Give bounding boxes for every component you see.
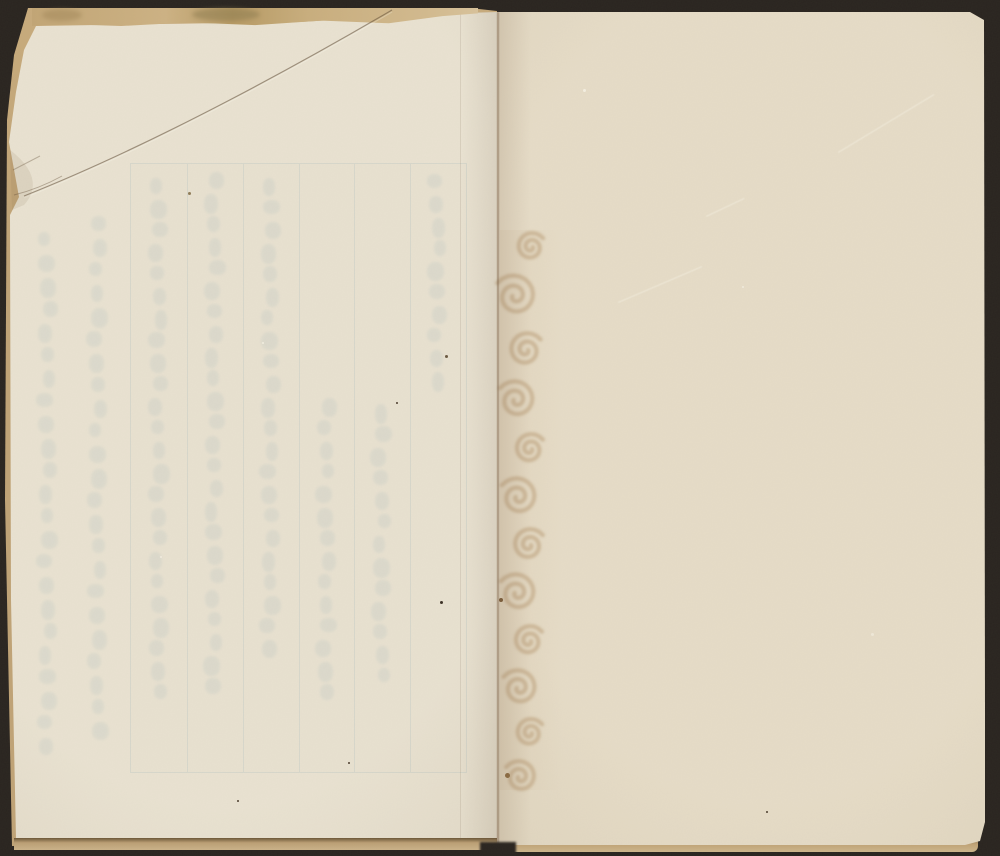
book-scan bbox=[0, 0, 1000, 856]
crease-lines bbox=[0, 0, 1000, 856]
